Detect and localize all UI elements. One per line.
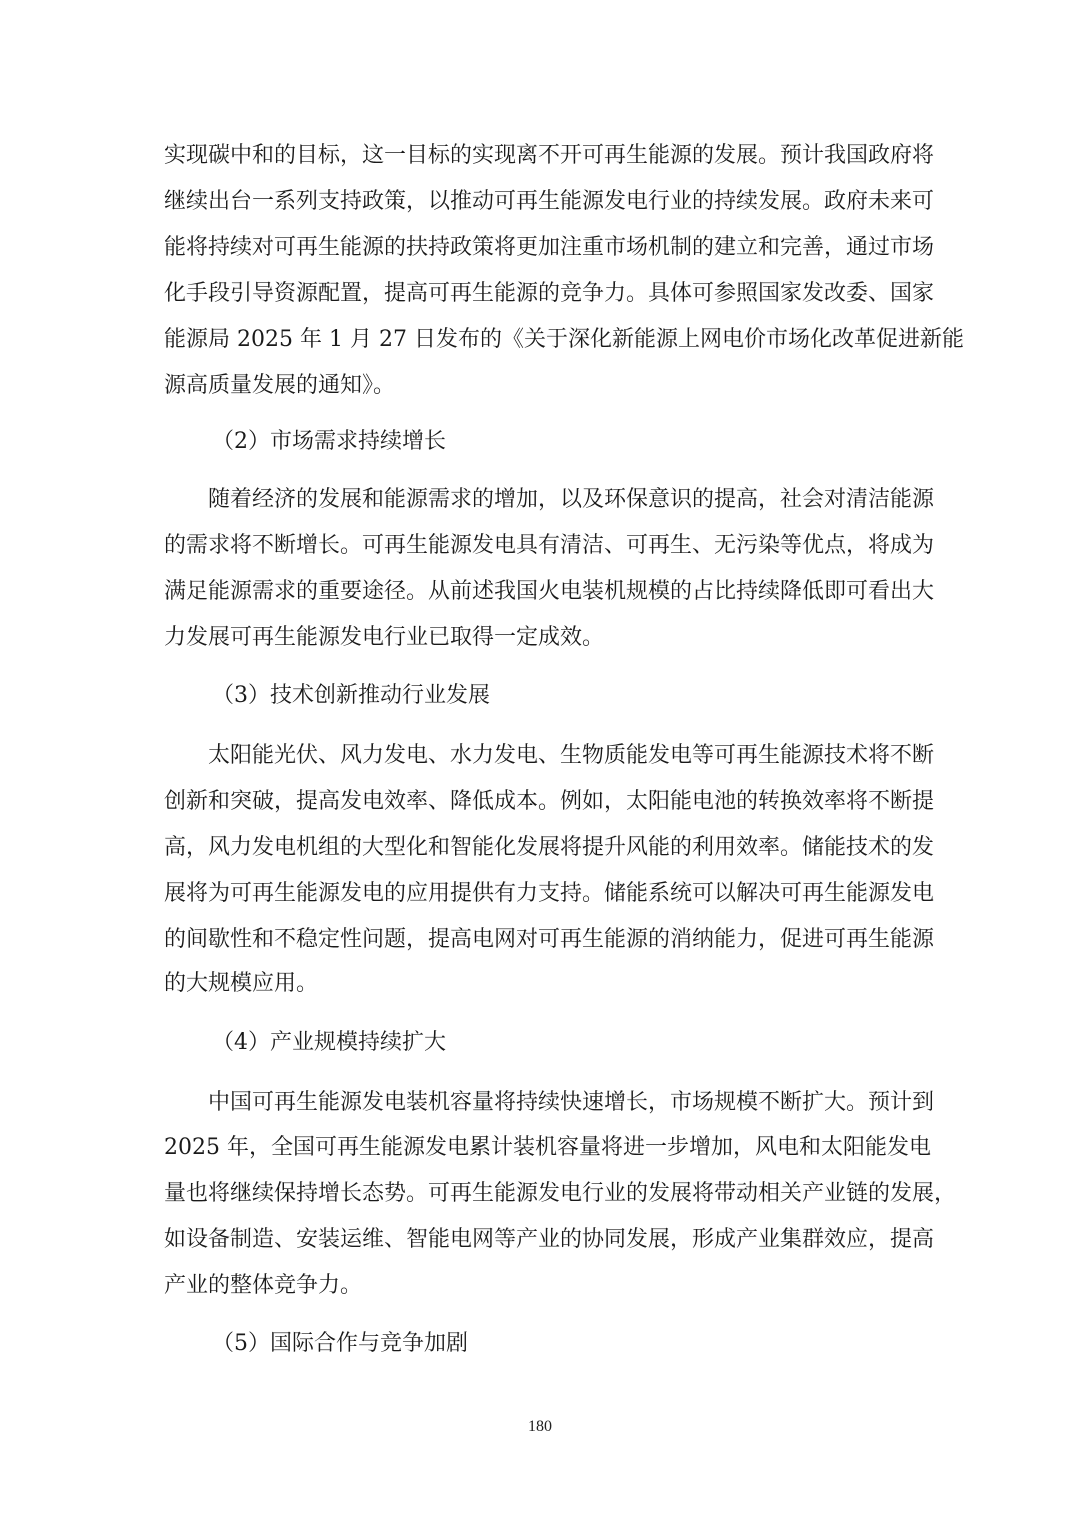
paragraph-line: 创新和突破，提高发电效率、降低成本。例如，太阳能电池的转换效率将不断提 bbox=[164, 787, 916, 817]
paragraph-line: 源高质量发展的通知》。 bbox=[164, 371, 916, 401]
paragraph-line: 2025 年，全国可再生能源发电累计装机容量将进一步增加，风电和太阳能发电 bbox=[164, 1133, 916, 1163]
paragraph-line: 的间歇性和不稳定性问题，提高电网对可再生能源的消纳能力，促进可再生能源 bbox=[164, 925, 916, 955]
paragraph-line: 量也将继续保持增长态势。可再生能源发电行业的发展将带动相关产业链的发展， bbox=[164, 1179, 916, 1209]
paragraph-line: 如设备制造、安装运维、智能电网等产业的协同发展，形成产业集群效应，提高 bbox=[164, 1225, 916, 1255]
paragraph-line: 化手段引导资源配置，提高可再生能源的竞争力。具体可参照国家发改委、国家 bbox=[164, 279, 916, 309]
page-number: 180 bbox=[0, 1418, 1080, 1436]
section-heading: （5）国际合作与竞争加剧 bbox=[212, 1329, 468, 1359]
paragraph-line: 的大规模应用。 bbox=[164, 969, 916, 999]
paragraph-line: 展将为可再生能源发电的应用提供有力支持。储能系统可以解决可再生能源发电 bbox=[164, 879, 916, 909]
paragraph-line: 实现碳中和的目标，这一目标的实现离不开可再生能源的发展。预计我国政府将 bbox=[164, 141, 916, 171]
paragraph-line: 满足能源需求的重要途径。从前述我国火电装机规模的占比持续降低即可看出大 bbox=[164, 577, 916, 607]
paragraph-line: 力发展可再生能源发电行业已取得一定成效。 bbox=[164, 623, 916, 653]
paragraph-line: 太阳能光伏、风力发电、水力发电、生物质能发电等可再生能源技术将不断 bbox=[208, 741, 916, 771]
paragraph-line: 能将持续对可再生能源的扶持政策将更加注重市场机制的建立和完善，通过市场 bbox=[164, 233, 916, 263]
section-heading: （4）产业规模持续扩大 bbox=[212, 1028, 446, 1058]
document-page: 实现碳中和的目标，这一目标的实现离不开可再生能源的发展。预计我国政府将 继续出台… bbox=[0, 0, 1080, 1527]
paragraph-line: 产业的整体竞争力。 bbox=[164, 1271, 916, 1301]
paragraph-line: 能源局 2025 年 1 月 27 日发布的《关于深化新能源上网电价市场化改革促… bbox=[164, 325, 916, 355]
paragraph-line: 继续出台一系列支持政策，以推动可再生能源发电行业的持续发展。政府未来可 bbox=[164, 187, 916, 217]
paragraph-line: 随着经济的发展和能源需求的增加，以及环保意识的提高，社会对清洁能源 bbox=[208, 485, 916, 515]
paragraph-line: 高，风力发电机组的大型化和智能化发展将提升风能的利用效率。储能技术的发 bbox=[164, 833, 916, 863]
section-heading: （2）市场需求持续增长 bbox=[212, 427, 446, 457]
paragraph-line: 中国可再生能源发电装机容量将持续快速增长，市场规模不断扩大。预计到 bbox=[208, 1088, 916, 1118]
paragraph-line: 的需求将不断增长。可再生能源发电具有清洁、可再生、无污染等优点，将成为 bbox=[164, 531, 916, 561]
section-heading: （3）技术创新推动行业发展 bbox=[212, 681, 490, 711]
